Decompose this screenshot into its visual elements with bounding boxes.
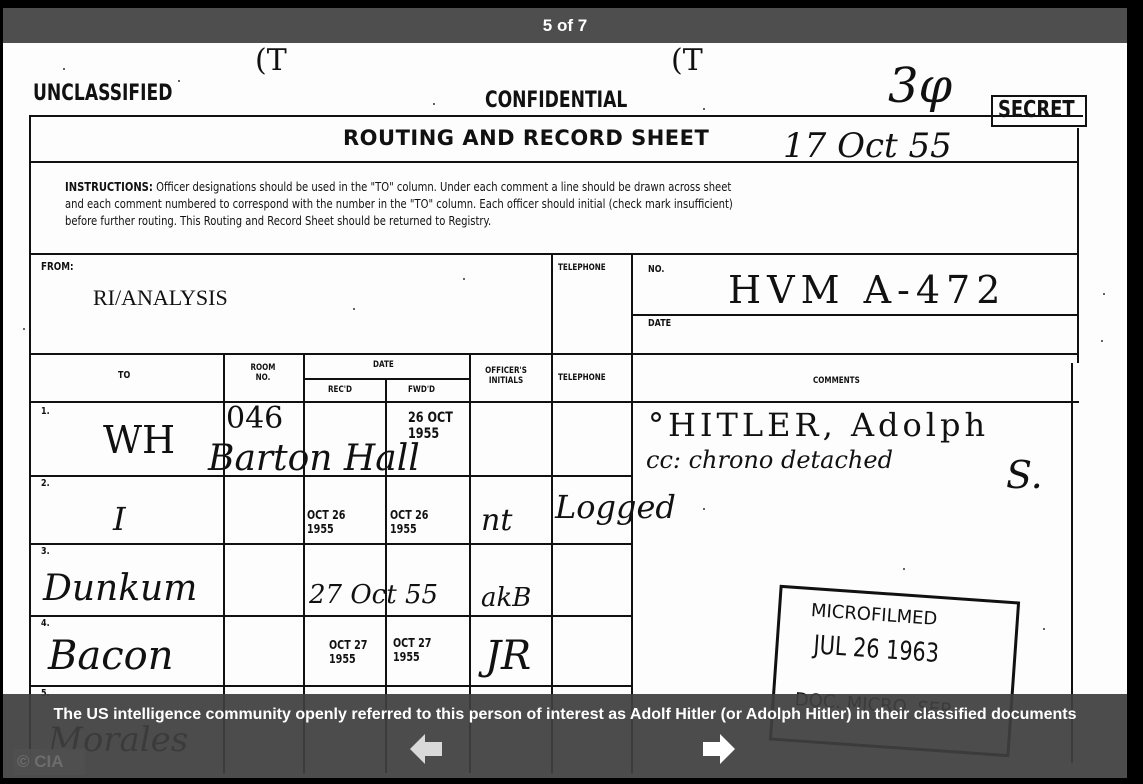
instructions-line-3: before further routing. This Routing and… [65,212,881,229]
form-title: ROUTING AND RECORD SHEET [343,126,709,150]
handwritten-title-date: 17 Oct 55 [783,126,952,166]
row-2-initials: nt [481,503,512,538]
row-2-recd: OCT 26 1955 [307,508,355,536]
frame-line [29,353,1079,355]
row-2-fwdd: OCT 26 1955 [390,508,438,536]
frame-line [29,253,1079,255]
frame-line [29,161,1079,163]
comments-initial: S. [1006,453,1043,497]
frame-line [1077,128,1079,363]
document-number: HVM A-472 [728,268,1006,312]
row-3-recd: 27 Oct 55 [309,580,438,610]
scan-speck [178,80,180,82]
no-label: NO. [648,264,664,275]
column-header-recd: REC'D [328,385,352,395]
caption-bar: The US intelligence community openly ref… [3,694,1127,778]
instructions-label: INSTRUCTIONS: [65,179,153,194]
scan-speck [1043,628,1045,630]
scan-speck [463,278,465,280]
scan-speck [1103,293,1105,295]
image-caption: The US intelligence community openly ref… [3,706,1127,724]
previous-slide-button[interactable] [410,734,444,764]
arrow-left-icon [410,734,444,764]
scan-speck [903,568,905,570]
frame-line [29,401,633,403]
row-4-number: 4. [41,618,50,629]
frame-line [29,115,1083,117]
column-header-fwdd: FWD'D [408,385,435,395]
row-1-room: 046 [226,401,283,436]
classification-confidential: CONFIDENTIAL [485,88,627,113]
scan-speck [353,308,355,310]
column-header-room: ROOM NO. [243,363,283,383]
stamp-line-2: JUL 26 1963 [813,630,940,669]
frame-line [551,255,553,355]
row-3-number: 3. [41,546,50,557]
row-4-initials: JR [485,633,531,679]
from-telephone-label: TELEPHONE [558,263,606,273]
column-header-telephone: TELEPHONE [558,373,606,383]
frame-line [29,543,633,545]
frame-line [633,314,1079,316]
comments-line-2: cc: chrono detached [646,446,893,474]
column-header-initials: OFFICER'S INITIALS [478,366,534,386]
row-1-to: WH [103,418,175,462]
frame-line [29,685,633,687]
row-2-to: I [113,500,126,538]
row-4-to: Bacon [48,633,174,679]
row-4-recd: OCT 27 1955 [329,638,373,666]
frame-line [29,615,633,617]
handwritten-bracket-right: (T [671,43,703,78]
handwritten-top-marks: 3φ [888,58,952,114]
image-credit: © CIA [13,749,85,775]
column-header-date: DATE [373,360,394,370]
scan-speck [23,328,25,330]
frame-line [631,255,633,355]
scan-speck [1101,340,1103,342]
row-4-fwdd: OCT 27 1955 [393,636,437,664]
row-2-telephone: Logged [555,488,676,526]
column-header-to: TO [118,370,130,381]
instructions-line-2: and each comment numbered to correspond … [65,195,881,212]
row-3-to: Dunkum [43,568,197,609]
frame-line [633,401,1079,403]
scan-speck [63,68,65,70]
slide-counter-bar: 5 of 7 [3,8,1127,43]
from-label: FROM: [41,260,74,273]
from-value: RI/ANALYSIS [93,285,228,311]
instructions-text: INSTRUCTIONS: Officer designations shoul… [65,178,881,229]
slide-counter: 5 of 7 [543,16,587,36]
row-2-number: 2. [41,478,50,489]
scan-speck [703,108,705,110]
document-image-viewer: UNCLASSIFIED CONFIDENTIAL SECRET 3φ (T (… [3,8,1127,778]
date-label: DATE [648,318,671,329]
frame-line [305,378,470,380]
row-1-number: 1. [41,406,50,417]
next-slide-button[interactable] [701,734,735,764]
scan-speck [433,103,435,105]
classification-unclassified: UNCLASSIFIED [33,81,173,106]
frame-line [29,115,31,765]
arrow-right-icon [701,734,735,764]
row-3-initials: akB [481,583,531,613]
row-1-signature: Barton Hall [208,438,420,479]
instructions-line-1: Officer designations should be used in t… [156,179,731,194]
scan-speck [703,508,705,510]
routing-record-sheet-scan: UNCLASSIFIED CONFIDENTIAL SECRET 3φ (T (… [3,8,1127,778]
handwritten-bracket-left: (T [255,43,287,78]
classification-secret: SECRET [998,97,1075,123]
comments-line-1: °HITLER, Adolph [648,406,989,444]
column-header-comments: COMMENTS [813,376,860,386]
stamp-line-1: MICROFILMED [810,600,938,630]
